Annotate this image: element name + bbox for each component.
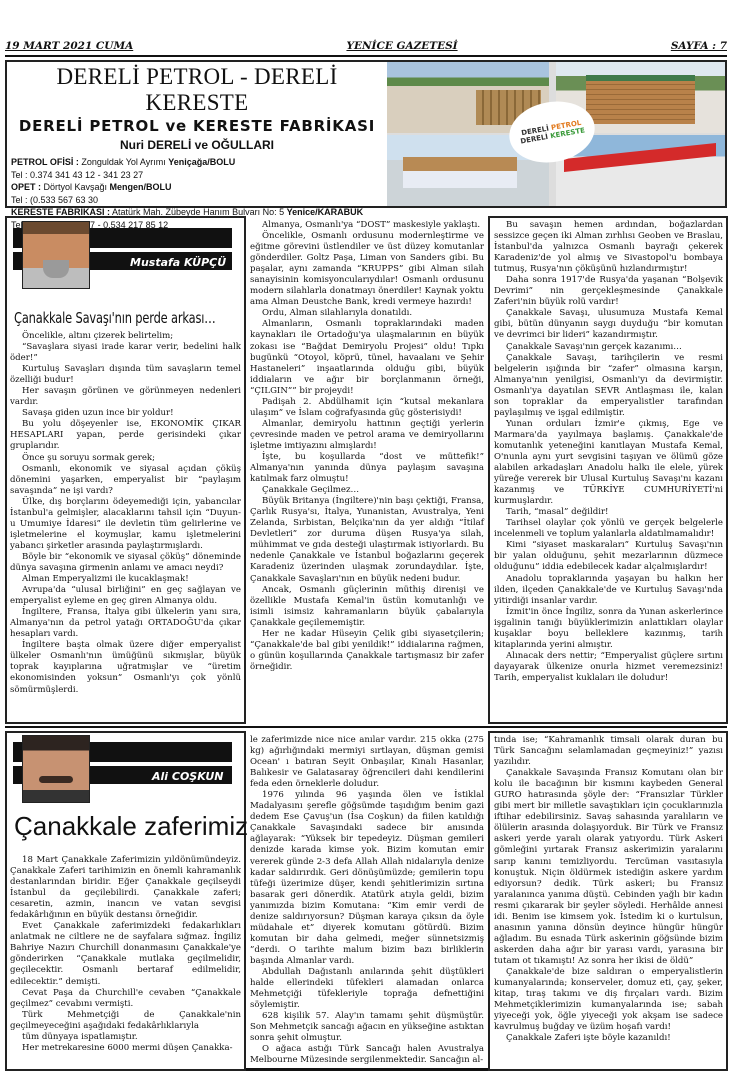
beard-shape [43,260,69,278]
suit-shape [23,790,89,802]
article2-col2-bottom-rule [246,1068,488,1071]
mustache-shape [39,776,73,783]
page-number: SAYFA : 7 [671,40,727,54]
article1-headline: Çanakkale Savaşı'nın perde arkası… [14,309,216,327]
article2-column-1: 18 Mart Çanakkale Zaferimizin yıldönümün… [10,855,241,1054]
newspaper-name: YENİCE GAZETESİ [346,40,457,54]
article2-column-3: tında ise; “Kahramanlık timsali olarak d… [494,735,723,1044]
ad-text-panel: DERELİ PETROL - DERELİ KERESTE DERELİ PE… [7,62,387,206]
masthead: 19 MART 2021 CUMA YENİCE GAZETESİ SAYFA … [5,34,727,54]
ad-phone-line: Tel : (0.533 567 63 30 [11,194,383,207]
ad-address-line: OPET : Dörtyol Kavşağı Mengen/BOLU [11,181,383,194]
article2-headline: Çanakkale zaferimiz [14,811,248,842]
article-separator [5,726,727,728]
ad-subtitle: DERELİ PETROL ve KERESTE FABRİKASI [11,116,383,136]
article2-author-name: Ali COŞKUN [152,770,224,783]
ad-photo-collage: DERELİ PETROL DERELİ KERESTE [387,62,725,206]
article1-column-3: Bu savaşın hemen ardından, boğazlardan s… [494,220,723,684]
ad-phone-line: Tel : 0.374 341 43 12 - 341 23 27 [11,169,383,182]
advertisement: DERELİ PETROL - DERELİ KERESTE DERELİ PE… [5,60,727,208]
ad-address-line: PETROL OFİSİ : Zonguldak Yol Ayrımı Yeni… [11,156,383,169]
article1-author-name: Mustafa KÜPÇÜ [130,256,226,269]
article1-column-2: Almanya, Osmanlı'ya “DOST” maskesiyle ya… [250,220,484,673]
ad-title: DERELİ PETROL - DERELİ KERESTE [11,64,383,116]
article1-author-photo [22,221,90,289]
masthead-rule [5,55,727,57]
article2-column-2: le zaferimizde nice nice anılar vardır. … [250,735,484,1066]
article2-author-photo [22,735,90,803]
article1-column-1: Öncelikle, altını çizerek belirtelim;“Sa… [10,331,241,696]
issue-date: 19 MART 2021 CUMA [5,40,133,54]
ad-owner: Nuri DERELİ ve OĞULLARI [11,136,383,154]
